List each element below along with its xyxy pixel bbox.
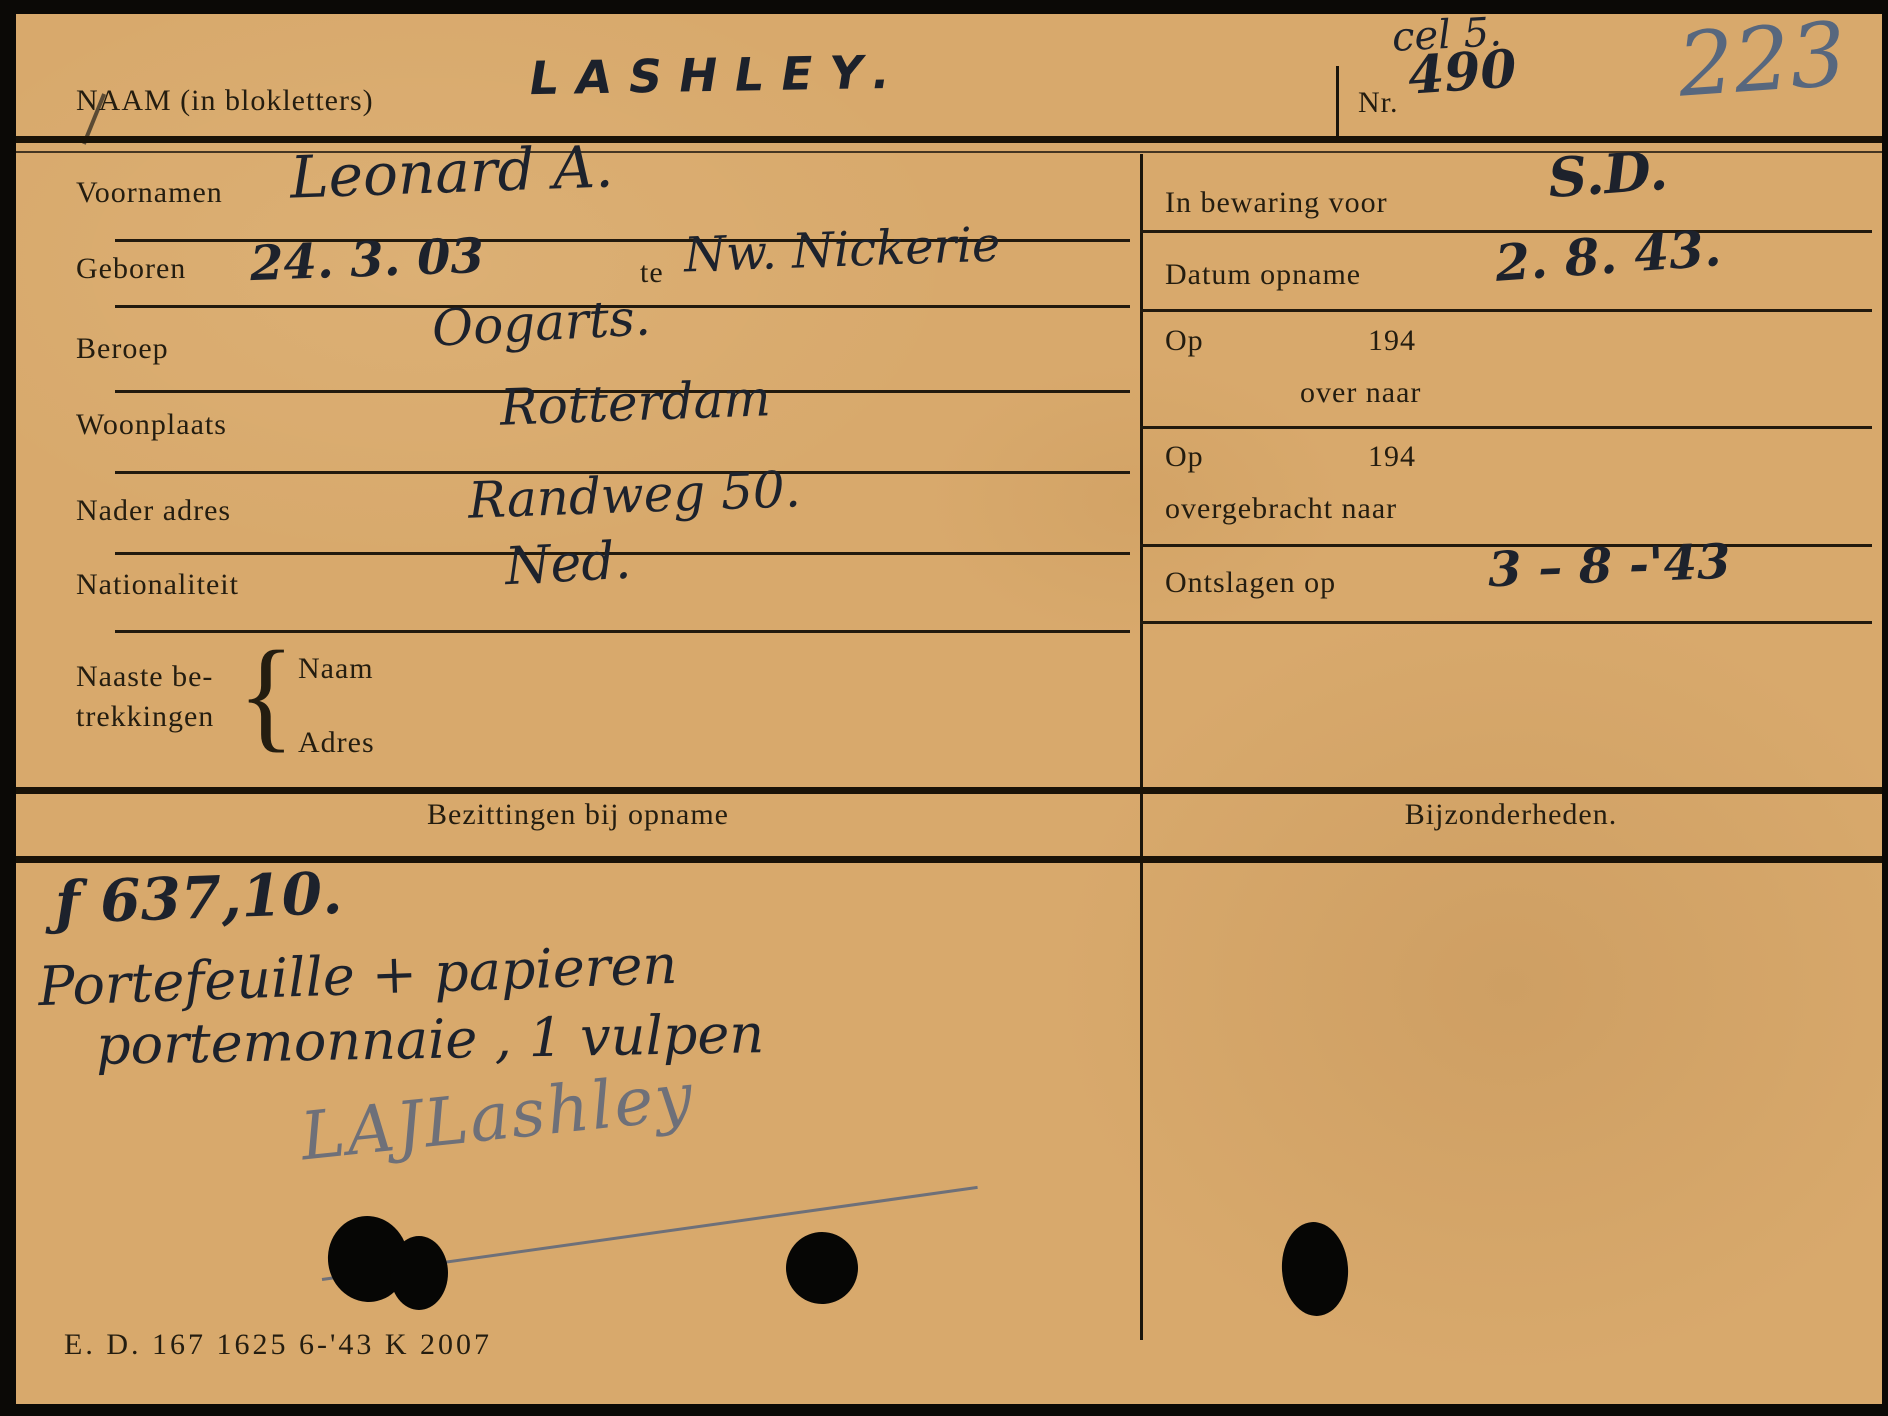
field-label-ontslagen-op: Ontslagen op: [1165, 566, 1336, 600]
relatives-label-line1: Naaste be-: [76, 660, 213, 694]
possessions-amount: ƒ 637,10.: [54, 859, 344, 937]
punch-hole-left-b: [390, 1236, 448, 1310]
rule-above-section-headers: [16, 787, 1882, 794]
possessions-header: Bezittingen bij opname: [378, 798, 778, 832]
scan-edge-bottom: [0, 1404, 1888, 1416]
field-value-nader-adres: Randweg 50.: [467, 460, 801, 530]
field-value-beroep: Oogarts.: [431, 288, 652, 357]
field-value-ontslagen-op: 3 – 8 -'43: [1487, 534, 1731, 598]
scanned-prison-card: { "colors": { "paper": "#d8a96c", "print…: [0, 0, 1888, 1416]
field-label-over-naar: over naar: [1300, 376, 1421, 410]
field-label-beroep: Beroep: [76, 332, 169, 366]
field-label-overgebracht-naar: overgebracht naar: [1165, 492, 1397, 526]
field-value-in-bewaring-voor: S.D.: [1546, 138, 1670, 210]
field-label-woonplaats: Woonplaats: [76, 408, 227, 442]
scan-edge-top: [0, 0, 1888, 14]
scan-edge-right: [1882, 0, 1888, 1416]
naam-label: NAAM (in blokletters): [76, 84, 374, 118]
field-label-nader-adres: Nader adres: [76, 494, 231, 528]
form-code-footer: E. D. 167 1625 6-'43 K 2007: [64, 1328, 492, 1362]
field-value-geboren-place: Nw. Nickerie: [683, 216, 1001, 283]
field-value-nationaliteit: Ned.: [504, 531, 633, 598]
field-label-voornamen: Voornamen: [76, 176, 223, 210]
rule-right-5: [1140, 621, 1872, 624]
scan-edge-left: [0, 0, 16, 1416]
field-label-te: te: [640, 256, 664, 290]
relatives-naam-label: Naam: [298, 652, 374, 686]
nr-label: Nr.: [1358, 86, 1399, 120]
relatives-brace: {: [238, 633, 295, 757]
field-label-nationaliteit: Nationaliteit: [76, 568, 239, 602]
field-label-in-bewaring-voor: In bewaring voor: [1165, 186, 1388, 220]
field-label-geboren: Geboren: [76, 252, 186, 286]
column-divider-line: [1140, 154, 1143, 1340]
field-value-geboren-date: 24. 3. 03: [249, 228, 485, 292]
particulars-header: Bijzonderheden.: [1311, 798, 1711, 832]
rule-right-2: [1140, 309, 1872, 312]
relatives-label-line2: trekkingen: [76, 700, 214, 734]
nr-value-handwritten: 490: [1406, 38, 1519, 106]
nr-separator-line: [1336, 66, 1339, 140]
registry-number-pencil: 223: [1675, 2, 1850, 116]
field-label-op-1: Op: [1165, 324, 1204, 358]
field-value-woonplaats: Rotterdam: [499, 369, 772, 436]
field-label-datum-opname: Datum opname: [1165, 258, 1361, 292]
field-label-op-2: Op: [1165, 440, 1204, 474]
field-year-op-2: 194: [1368, 440, 1416, 474]
naam-value-handwritten: LASHLEY.: [525, 45, 911, 106]
rule-right-3: [1140, 426, 1872, 429]
field-value-voornamen: Leonard A.: [289, 132, 614, 211]
relatives-adres-label: Adres: [298, 726, 375, 760]
field-year-op-1: 194: [1368, 324, 1416, 358]
